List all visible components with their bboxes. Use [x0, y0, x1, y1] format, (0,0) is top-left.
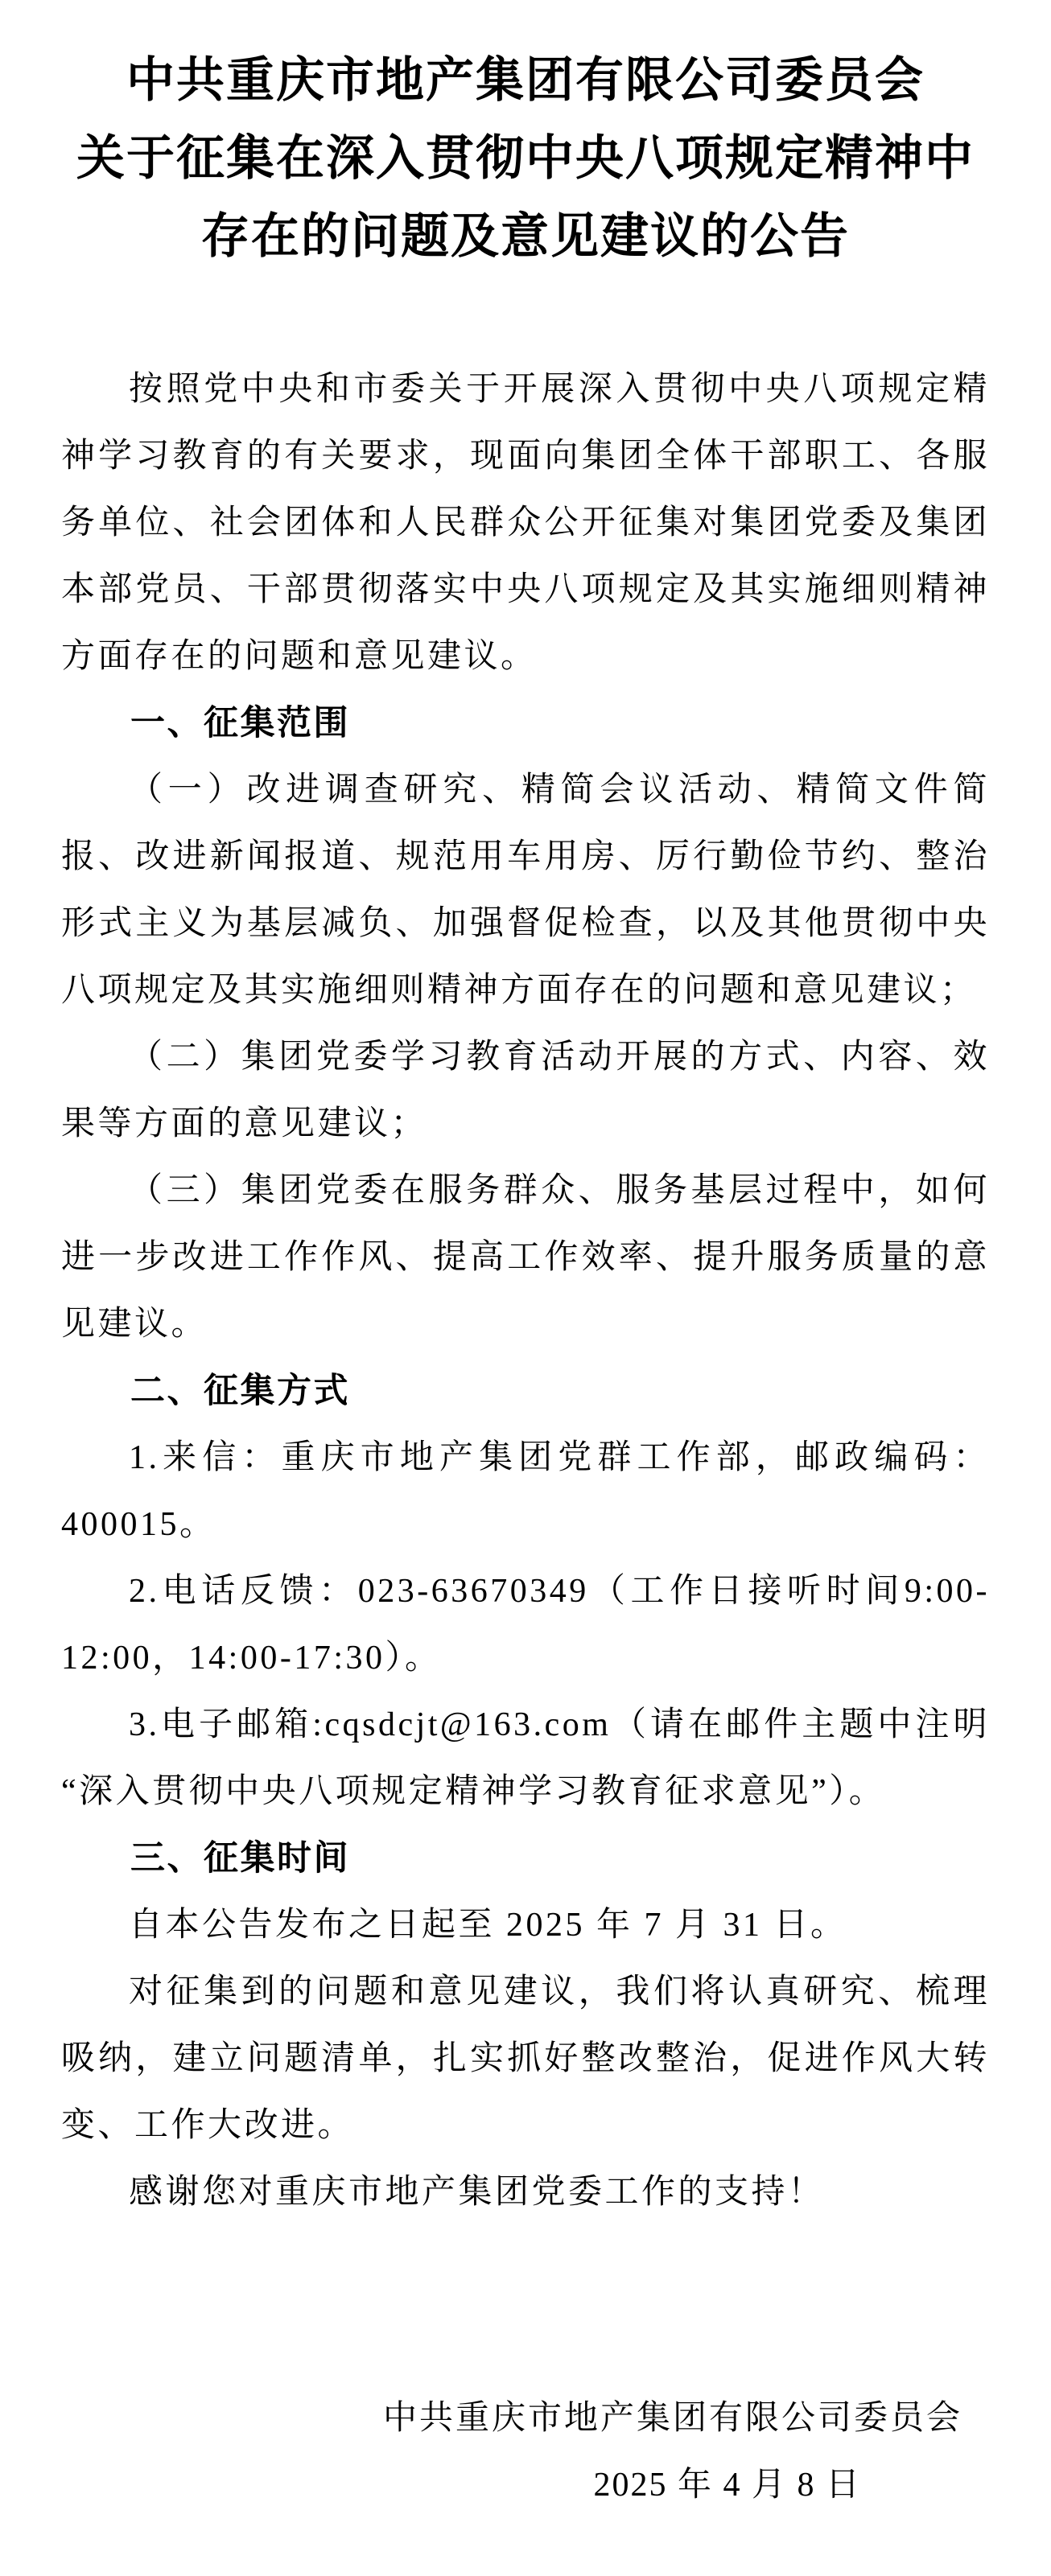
doc-title: 中共重庆市地产集团有限公司委员会 关于征集在深入贯彻中央八项规定精神中 存在的问… [0, 0, 1051, 276]
doc-title-line-1: 中共重庆市地产集团有限公司委员会 [0, 42, 1051, 120]
section-heading-collection-method: 二、征集方式 [61, 1358, 990, 1425]
paragraph-method-email: 3.电子邮箱:cqsdcjt@163.com（请在邮件主题中注明“深入贯彻中央八… [61, 1692, 990, 1825]
paragraph-intro: 按照党中央和市委关于开展深入贯彻中央八项规定精神学习教育的有关要求，现面向集团全… [61, 356, 990, 690]
paragraph-followup: 对征集到的问题和意见建议，我们将认真研究、梳理吸纳，建立问题清单，扎实抓好整改整… [61, 1959, 990, 2159]
date: 2025 年 4 月 8 日 [0, 2452, 1051, 2519]
announcement-document: 中共重庆市地产集团有限公司委员会 关于征集在深入贯彻中央八项规定精神中 存在的问… [0, 0, 1051, 2576]
doc-title-line-3: 存在的问题及意见建议的公告 [0, 198, 1051, 276]
paragraph-method-letter: 1.来信：重庆市地产集团党群工作部，邮政编码：400015。 [61, 1425, 990, 1558]
paragraph-scope-item-2: （二）集团党委学习教育活动开展的方式、内容、效果等方面的意见建议； [61, 1024, 990, 1158]
doc-body: 按照党中央和市委关于开展深入贯彻中央八项规定精神学习教育的有关要求，现面向集团全… [0, 356, 1051, 2226]
signature: 中共重庆市地产集团有限公司委员会 [0, 2385, 1051, 2452]
paragraph-method-phone: 2.电话反馈：023-63670349（工作日接听时间9:00-12:00，14… [61, 1558, 990, 1692]
section-heading-collection-scope: 一、征集范围 [61, 690, 990, 757]
paragraph-scope-item-3: （三）集团党委在服务群众、服务基层过程中，如何进一步改进工作作风、提高工作效率、… [61, 1158, 990, 1358]
doc-title-line-2: 关于征集在深入贯彻中央八项规定精神中 [0, 120, 1051, 198]
paragraph-thanks: 感谢您对重庆市地产集团党委工作的支持！ [61, 2159, 990, 2226]
section-heading-collection-time: 三、征集时间 [61, 1825, 990, 1892]
paragraph-time-range: 自本公告发布之日起至 2025 年 7 月 31 日。 [61, 1892, 990, 1959]
doc-footer: 中共重庆市地产集团有限公司委员会 2025 年 4 月 8 日 [0, 2385, 1051, 2519]
paragraph-scope-item-1: （一）改进调查研究、精简会议活动、精简文件简报、改进新闻报道、规范用车用房、厉行… [61, 757, 990, 1024]
